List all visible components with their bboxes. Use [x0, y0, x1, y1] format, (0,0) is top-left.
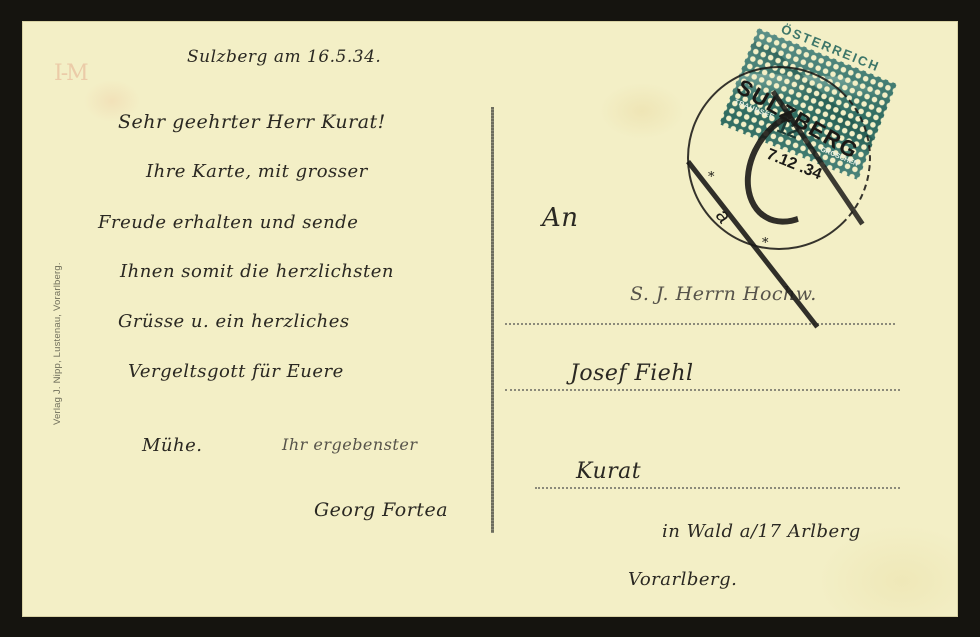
- address-line-4: in Wald a/17 Arlberg: [662, 521, 861, 542]
- address-prefix: An: [542, 203, 579, 233]
- address-dotted-line-1: [505, 323, 895, 325]
- signature: Georg Fortea: [314, 499, 448, 521]
- center-divider: [491, 107, 494, 533]
- postmark-star-icon: *: [762, 236, 769, 251]
- postmark-star-icon: *: [708, 170, 715, 185]
- closing: Ihr ergebenster: [282, 435, 417, 454]
- address-dotted-line-3: [535, 487, 900, 489]
- dateline: Sulzberg am 16.5.34.: [187, 47, 381, 67]
- message-line-1: Ihre Karte, mit grosser: [146, 161, 368, 182]
- message-line-6: Mühe.: [142, 435, 203, 456]
- address-dotted-line-2: [505, 389, 900, 391]
- address-line-3: Kurat: [576, 459, 641, 484]
- address-line-2: Josef Fiehl: [570, 361, 694, 386]
- message-line-4: Grüsse u. ein herzliches: [118, 311, 350, 332]
- message-line-5: Vergeltsgott für Euere: [128, 361, 344, 382]
- message-line-3: Ihnen somit die herzlichsten: [120, 261, 394, 282]
- faint-stamp-mark: I-M: [54, 61, 87, 86]
- salutation: Sehr geehrter Herr Kurat!: [118, 111, 386, 133]
- message-line-2: Freude erhalten und sende: [98, 212, 358, 233]
- publisher-imprint: Verlag J. Nipp, Lustenau, Vorarlberg.: [52, 262, 63, 425]
- address-line-5: Vorarlberg.: [628, 569, 737, 590]
